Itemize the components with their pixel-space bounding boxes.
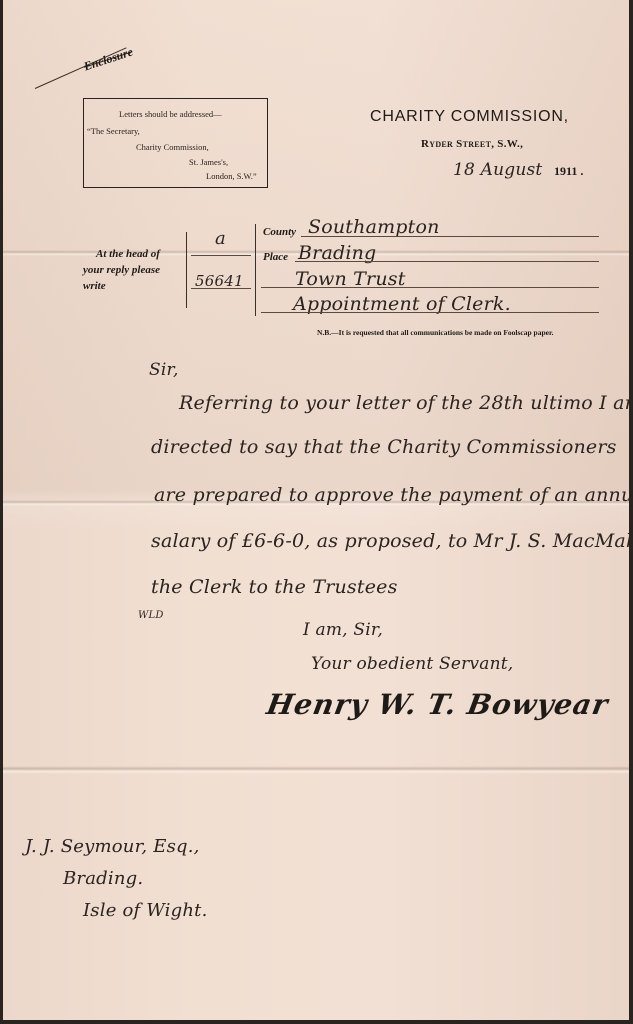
recipient-line: J. J. Seymour, Esq., — [25, 836, 200, 857]
organization-title: CHARITY COMMISSION, — [370, 108, 569, 126]
place-label: Place — [263, 251, 288, 263]
body-line: are prepared to approve the payment of a… — [154, 484, 633, 506]
foolscap-note: N.B.—It is requested that all communicat… — [317, 328, 553, 337]
salutation: Sir, — [149, 360, 179, 380]
address-box: Letters should be addressed— “The Secret… — [83, 98, 268, 188]
county-label: County — [263, 226, 296, 238]
reference-code-top: a — [215, 228, 226, 249]
body-line: directed to say that the Charity Commiss… — [151, 436, 617, 458]
rule — [301, 236, 599, 237]
fold-crease — [3, 766, 629, 774]
address-line: “The Secretary, — [87, 126, 140, 136]
closing-line: Your obedient Servant, — [311, 654, 513, 674]
reference-instruction: At the head of — [96, 248, 160, 260]
body-line: salary of £6-6-0, as proposed, to Mr J. … — [151, 530, 633, 552]
address-line: St. James's, — [189, 157, 228, 167]
body-line: the Clerk to the Trustees — [151, 576, 398, 598]
letter-year: 1911 . — [554, 164, 583, 179]
organization-street: Ryder Street, S.W., — [421, 138, 523, 150]
reference-separator — [255, 224, 256, 316]
rule — [295, 261, 599, 262]
rule — [261, 312, 599, 313]
closing-line: I am, Sir, — [303, 620, 383, 640]
reference-instruction: your reply please — [83, 264, 160, 276]
reference-instruction: write — [83, 280, 106, 292]
initials-mark: WLD — [138, 610, 164, 621]
address-heading: Letters should be addressed— — [119, 109, 222, 119]
body-line: Referring to your letter of the 28th ult… — [179, 392, 633, 414]
county-value: Southampton — [308, 216, 440, 238]
rule — [261, 287, 599, 288]
recipient-line: Brading. — [63, 868, 143, 889]
address-line: Charity Commission, — [136, 142, 209, 152]
rule — [191, 255, 251, 256]
reference-bracket — [186, 232, 191, 308]
address-line: London, S.W.” — [206, 171, 257, 181]
letter-page: Enclosure Letters should be addressed— “… — [3, 0, 629, 1020]
enclosure-label: Enclosure — [82, 45, 135, 75]
signature: Henry W. T. Bowyear — [264, 688, 611, 721]
letter-date: 18 August — [453, 160, 542, 180]
rule — [191, 288, 251, 289]
recipient-line: Isle of Wight. — [83, 900, 208, 921]
